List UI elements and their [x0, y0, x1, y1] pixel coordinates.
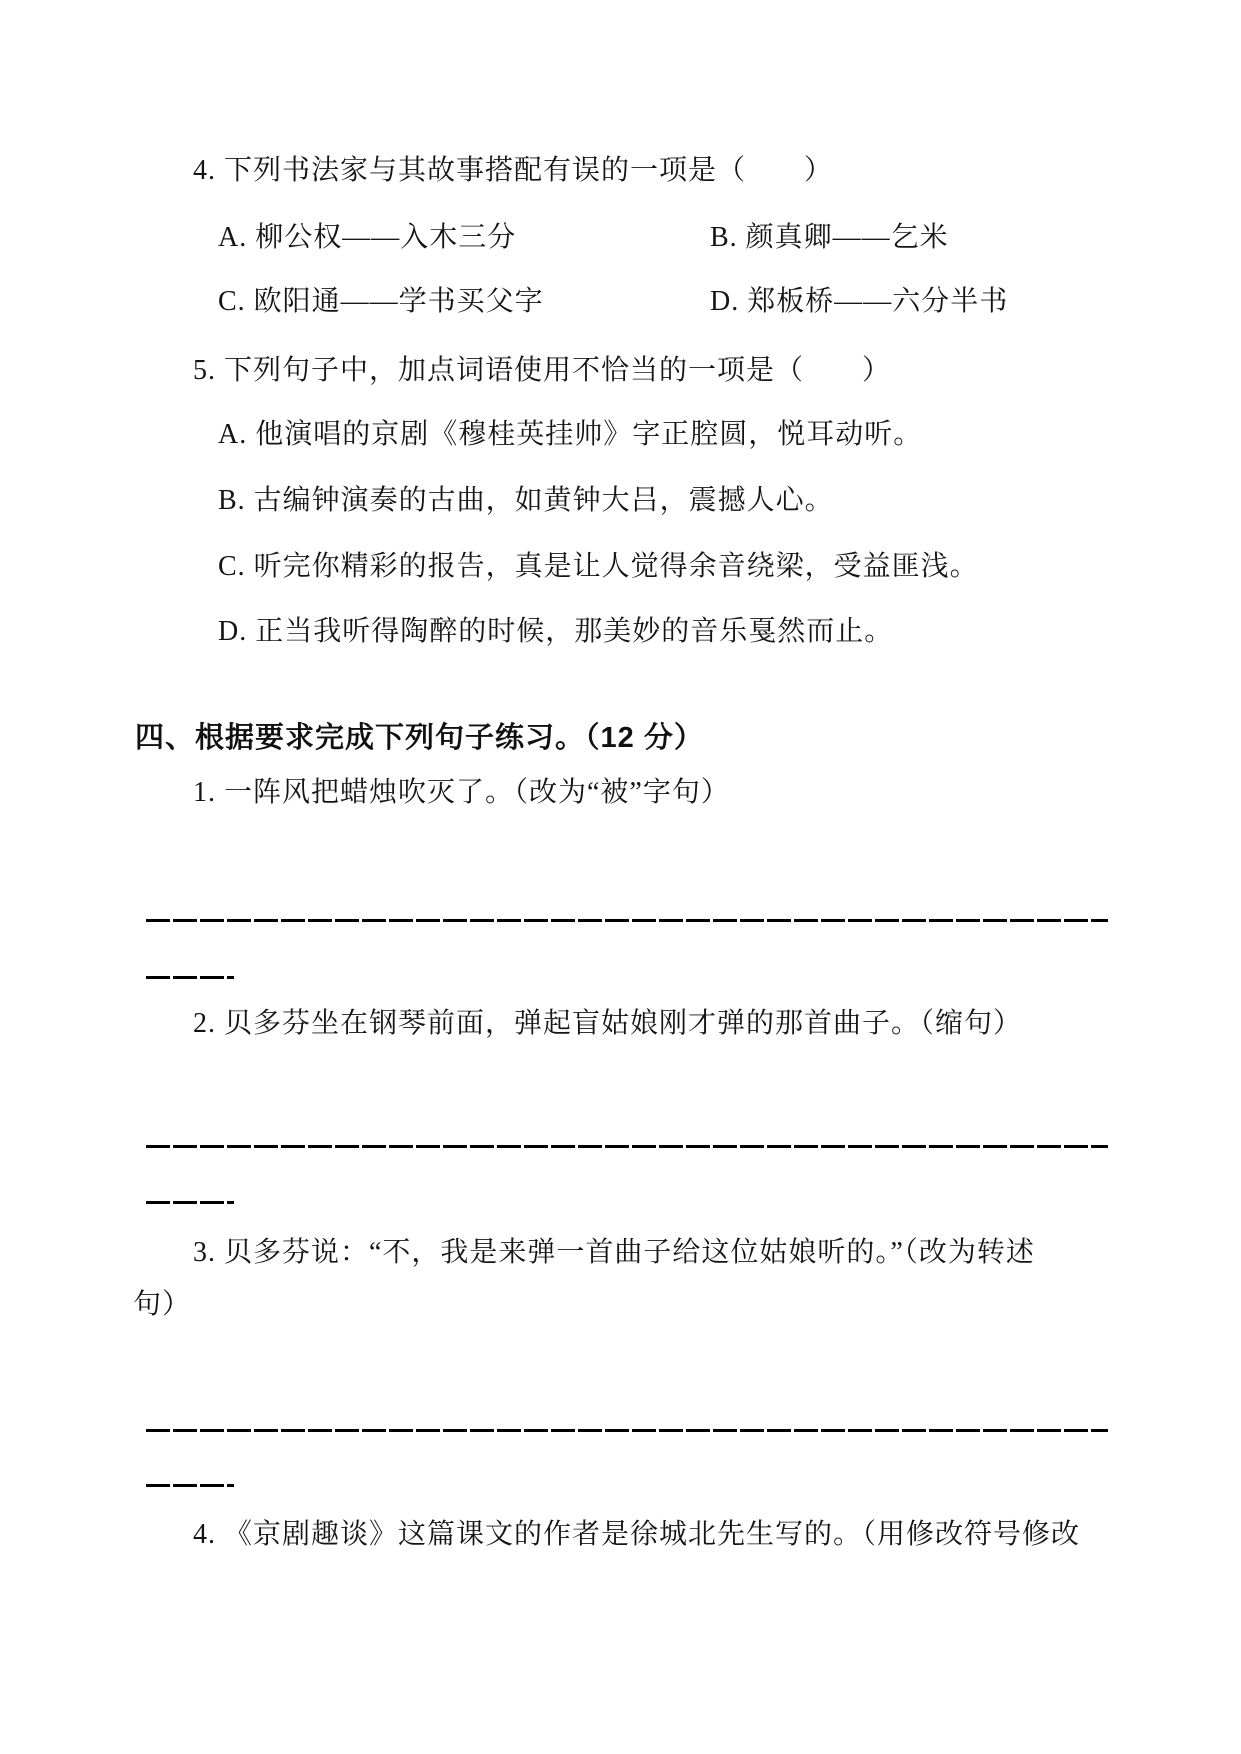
section-four-header: 四、根据要求完成下列句子练习。（12 分） — [135, 722, 704, 754]
q5-stem: 5. 下列句子中，加点词语使用不恰当的一项是（ ） — [193, 355, 891, 387]
answer-blank-line-short-2 — [146, 1201, 234, 1204]
document-page: 4. 下列书法家与其故事搭配有误的一项是（ ） A. 柳公权——入木三分 B. … — [0, 0, 1241, 1754]
answer-blank-line-long-1 — [146, 919, 1108, 922]
answer-blank-line-long-2 — [146, 1145, 1108, 1148]
q4-option-b: B. 颜真卿——乞米 — [710, 222, 949, 254]
section4-q2: 2. 贝多芬坐在钢琴前面，弹起盲姑娘刚才弹的那首曲子。（缩句） — [193, 1008, 1022, 1040]
q4-option-a: A. 柳公权——入木三分 — [218, 222, 516, 254]
answer-blank-line-short-3 — [146, 1484, 234, 1487]
q4-option-d: D. 郑板桥——六分半书 — [710, 286, 1008, 318]
section4-q4: 4. 《京剧趣谈》这篇课文的作者是徐城北先生写的。（用修改符号修改 — [193, 1519, 1080, 1551]
q5-option-a: A. 他演唱的京剧《穆桂英挂帅》字正腔圆，悦耳动听。 — [218, 419, 922, 451]
answer-blank-line-short-1 — [146, 976, 234, 979]
q5-option-b: B. 古编钟演奏的古曲，如黄钟大吕，震撼人心。 — [218, 485, 834, 517]
section4-q1: 1. 一阵风把蜡烛吹灭了。（改为“被”字句） — [193, 777, 730, 809]
section4-q3-line2: 句） — [133, 1289, 191, 1321]
q5-option-c: C. 听完你精彩的报告，真是让人觉得余音绕梁，受益匪浅。 — [218, 551, 979, 583]
q5-option-d: D. 正当我听得陶醉的时候，那美妙的音乐戛然而止。 — [218, 616, 893, 648]
answer-blank-line-long-3 — [146, 1429, 1108, 1432]
section4-q3-line1: 3. 贝多芬说：“不，我是来弹一首曲子给这位姑娘听的。”（改为转述 — [193, 1237, 1035, 1269]
q4-option-c: C. 欧阳通——学书买父字 — [218, 286, 544, 318]
q4-stem: 4. 下列书法家与其故事搭配有误的一项是（ ） — [193, 155, 833, 187]
